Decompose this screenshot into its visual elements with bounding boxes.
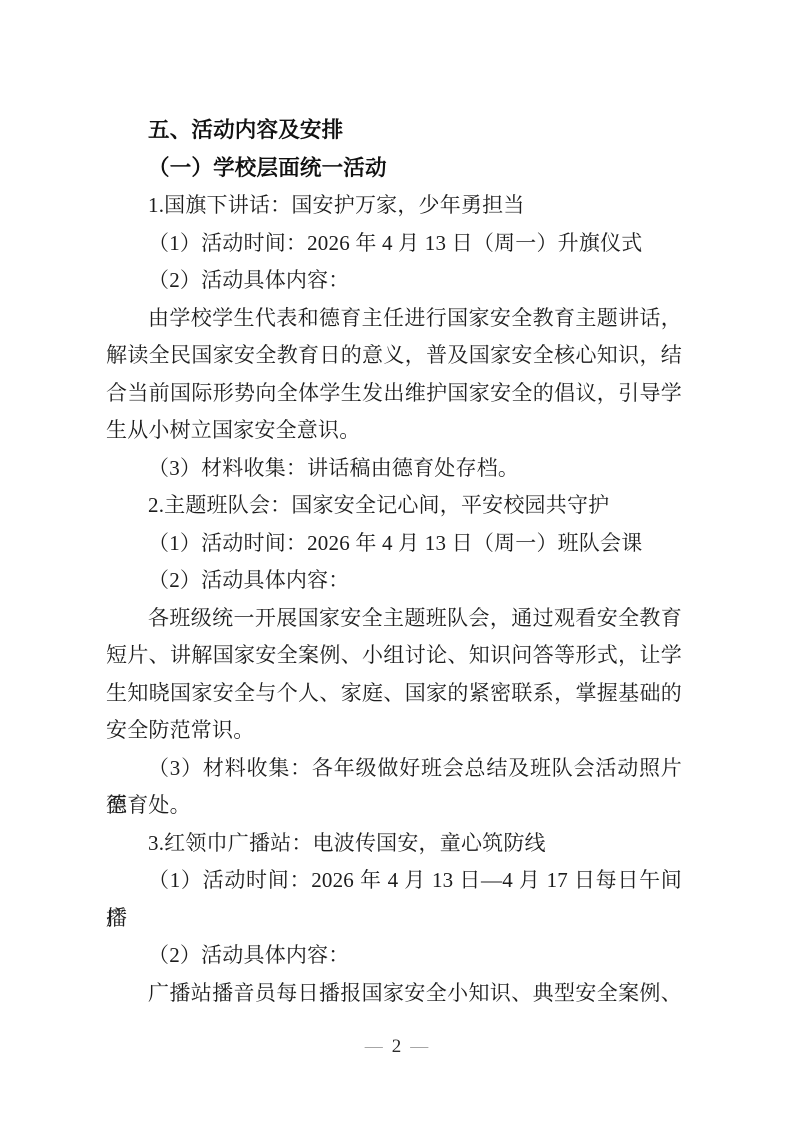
item-1-title: 1.国旗下讲话：国安护万家，少年勇担当 — [106, 187, 682, 225]
document-body: 五、活动内容及安排 （一）学校层面统一活动 1.国旗下讲话：国安护万家，少年勇担… — [106, 112, 682, 1012]
text-line: 合当前国际形势向全体学生发出维护国家安全的倡议，引导学 — [106, 375, 682, 413]
footer-right-dash: — — [410, 1036, 428, 1056]
item-3-title: 3.红领巾广播站：电波传国安，童心筑防线 — [106, 825, 682, 863]
text-line: （2）活动具体内容： — [106, 937, 682, 975]
text-line: 解读全民国家安全教育日的意义，普及国家安全核心知识，结 — [106, 337, 682, 375]
text-line: 播 — [106, 900, 682, 938]
subsection-heading: （一）学校层面统一活动 — [106, 150, 682, 188]
text-line: 安全防范常识。 — [106, 712, 682, 750]
text-line: （2）活动具体内容： — [106, 562, 682, 600]
footer-page-number: 2 — [392, 1036, 402, 1057]
text-line: （1）活动时间：2026 年 4 月 13 日—4 月 17 日每日午间广 — [106, 862, 682, 900]
item-2-title: 2.主题班队会：国家安全记心间，平安校园共守护 — [106, 487, 682, 525]
text-line: （3）材料收集：各年级做好班会总结及班队会活动照片至 — [106, 750, 682, 788]
text-line: 生从小树立国家安全意识。 — [106, 412, 682, 450]
text-line: （2）活动具体内容： — [106, 262, 682, 300]
text-line: 生知晓国家安全与个人、家庭、国家的紧密联系，掌握基础的 — [106, 675, 682, 713]
text-line: 广播站播音员每日播报国家安全小知识、典型安全案例、 — [106, 975, 682, 1013]
section-heading: 五、活动内容及安排 — [106, 112, 682, 150]
text-line: 德育处。 — [106, 787, 682, 825]
footer-left-dash: — — [365, 1036, 383, 1056]
text-line: （1）活动时间：2026 年 4 月 13 日（周一）升旗仪式 — [106, 225, 682, 263]
text-line: （1）活动时间：2026 年 4 月 13 日（周一）班队会课 — [106, 525, 682, 563]
page-number: —2— — [0, 1031, 793, 1062]
text-line: 由学校学生代表和德育主任进行国家安全教育主题讲话， — [106, 300, 682, 338]
document-page: 五、活动内容及安排 （一）学校层面统一活动 1.国旗下讲话：国安护万家，少年勇担… — [0, 0, 793, 1122]
text-line: （3）材料收集：讲话稿由德育处存档。 — [106, 450, 682, 488]
text-line: 各班级统一开展国家安全主题班队会，通过观看安全教育 — [106, 600, 682, 638]
text-line: 短片、讲解国家安全案例、小组讨论、知识问答等形式，让学 — [106, 637, 682, 675]
